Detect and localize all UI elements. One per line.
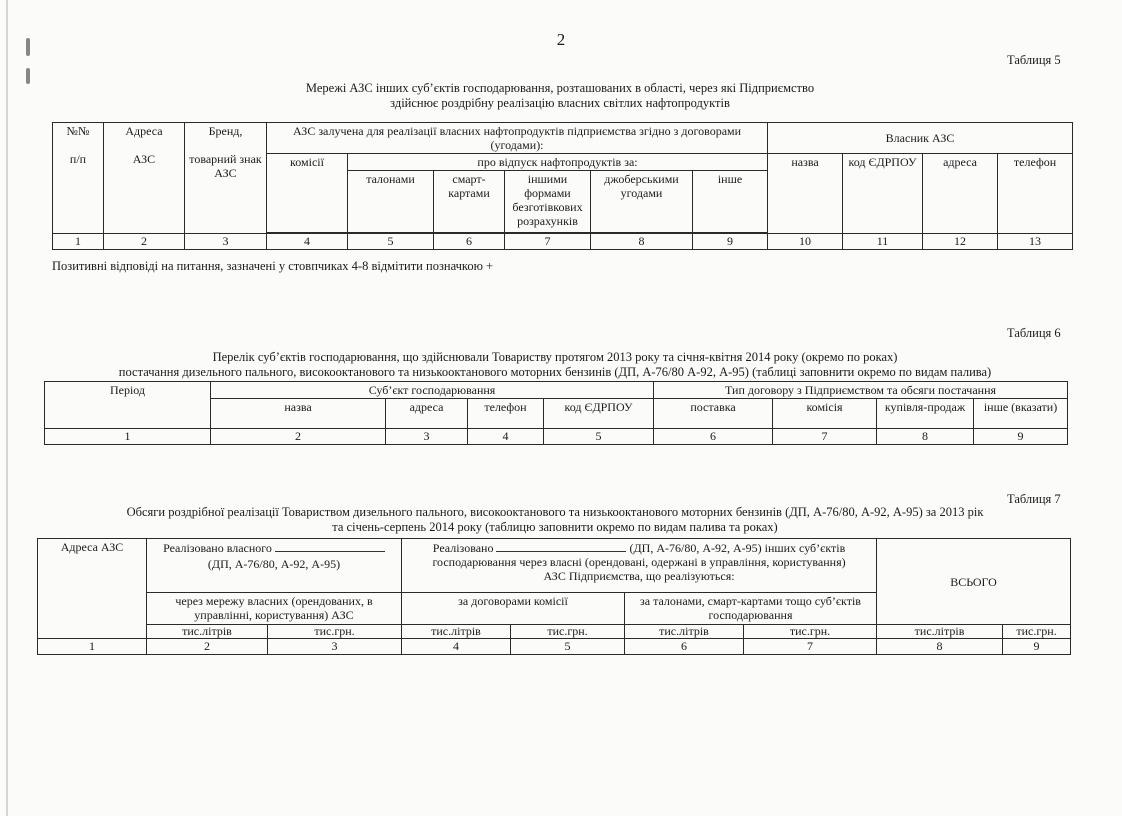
header-owner-phone: телефон [998,154,1073,234]
page-number: 2 [0,30,1122,50]
header-uah: тис.грн. [511,625,625,639]
header-purchase-sale: купівля-продаж [877,399,974,429]
header-uah: тис.грн. [1003,625,1071,639]
header-owner-name: назва [768,154,843,234]
fuel-type-blank[interactable] [496,540,626,552]
header-period: Період [45,382,211,429]
binder-hole-mark [26,68,30,84]
header-commission: комісії [267,154,348,233]
header-other-forms: іншими формами безготівкових розрахунків [505,171,591,233]
table6-label: Таблиця 6 [1007,326,1061,341]
table5: №№п/п АдресаАЗС Бренд,товарний знак АЗС … [52,122,1073,250]
table5-title: Мережі АЗС інших суб’єктів господарюванн… [200,81,920,111]
header-engaged: АЗС залучена для реалізації власних нафт… [267,123,768,154]
header-liters: тис.літрів [402,625,511,639]
header-address: адреса [386,399,468,429]
table5-label: Таблиця 5 [1007,53,1061,68]
header-liters: тис.літрів [625,625,744,639]
header-uah: тис.грн. [268,625,402,639]
header-coupons: талонами [348,171,434,233]
header-supply: поставка [654,399,773,429]
header-commission: комісія [773,399,877,429]
table5-note: Позитивні відповіді на питання, зазначен… [52,259,493,274]
header-total: ВСЬОГО [877,539,1071,625]
header-owner: Власник АЗС [768,123,1073,154]
page-edge [6,0,8,816]
table6-column-numbers: 1 2 3 4 5 6 7 8 9 [45,429,1068,445]
header-address: АдресаАЗС [104,123,185,234]
table6-title: Перелік суб’єктів господарювання, що зді… [40,350,1070,380]
header-phone: телефон [468,399,544,429]
table6: Період Суб’єкт господарювання Тип догово… [44,381,1068,445]
header-release: про відпуск нафтопродуктів за: [348,154,768,171]
header-smartcards: смарт-картами [434,171,505,233]
header-own-network: через мережу власних (орендованих, в упр… [147,593,402,625]
table7: Адреса АЗС Реалізовано власного (ДП, А-7… [37,538,1071,655]
header-owner-address: адреса [923,154,998,234]
header-no: №№п/п [53,123,104,234]
table7-title: Обсяги роздрібної реалізації Товариством… [40,505,1070,535]
header-other: інше (вказати) [974,399,1068,429]
table7-column-numbers: 1 2 3 4 5 6 7 8 9 [38,639,1071,655]
header-brand: Бренд,товарний знак АЗС [185,123,267,234]
header-address: Адреса АЗС [38,539,147,639]
header-name: назва [211,399,386,429]
header-jobber: джоберськими угодами [591,171,693,233]
header-other: інше [693,171,768,233]
header-liters: тис.літрів [147,625,268,639]
header-by-coupons: за талонами, смарт-картами тощо суб’єкті… [625,593,877,625]
header-others-sold: Реалізовано (ДП, А-76/80, А-92, А-95) ін… [402,539,877,593]
header-own-sold: Реалізовано власного (ДП, А-76/80, А-92,… [147,539,402,593]
fuel-type-blank[interactable] [275,540,385,552]
header-contract-type: Тип договору з Підприємством та обсяги п… [654,382,1068,399]
header-uah: тис.грн. [744,625,877,639]
header-by-commission: за договорами комісії [402,593,625,625]
header-code: код ЄДРПОУ [544,399,654,429]
header-entity: Суб’єкт господарювання [211,382,654,399]
header-owner-code: код ЄДРПОУ [843,154,923,234]
table5-column-numbers: 1 2 3 4 5 6 7 8 9 10 11 12 13 [53,234,1073,250]
header-liters: тис.літрів [877,625,1003,639]
